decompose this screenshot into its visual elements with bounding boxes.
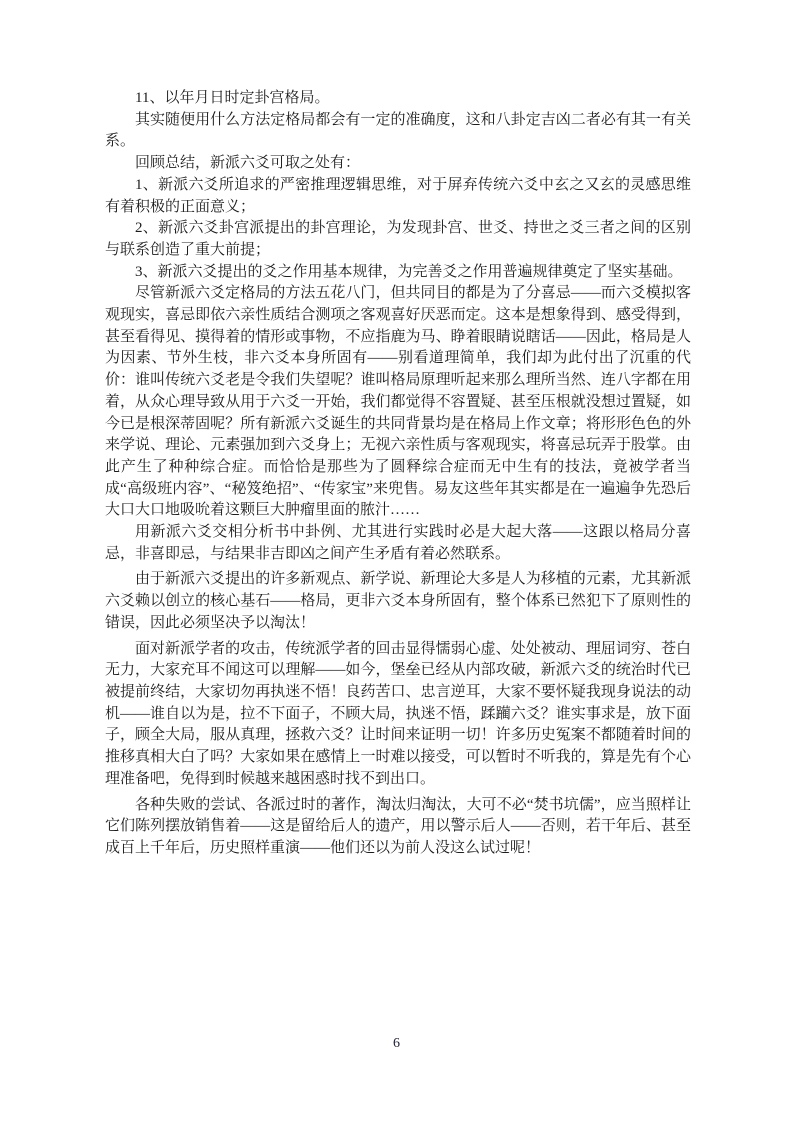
text-content: 11、以年月日时定卦宫格局。 其实随便用什么方法定格局都会有一定的准确度，这和八…: [105, 88, 691, 860]
paragraph: 回顾总结，新派六爻可取之处有：: [105, 153, 691, 175]
paragraph: 各种失败的尝试、各派过时的著作，淘汰归淘汰，大可不必“焚书坑儒”，应当照样让它们…: [105, 795, 691, 860]
paragraph: 由于新派六爻提出的许多新观点、新学说、新理论大多是人为移植的元素，尤其新派六爻赖…: [105, 569, 691, 634]
paragraph: 3、新派六爻提出的爻之作用基本规律，为完善爻之作用普遍规律奠定了坚实基础。: [105, 262, 691, 284]
document-page: 11、以年月日时定卦宫格局。 其实随便用什么方法定格局都会有一定的准确度，这和八…: [0, 0, 793, 1122]
page-number: 6: [0, 1036, 793, 1052]
paragraph: 用新派六爻交相分析书中卦例、尤其进行实践时必是大起大落——这跟以格局分喜忌，非喜…: [105, 522, 691, 565]
paragraph: 尽管新派六爻定格局的方法五花八门，但共同目的都是为了分喜忌——而六爻模拟客观现实…: [105, 283, 691, 522]
paragraph: 2、新派六爻卦宫派提出的卦宫理论，为发现卦宫、世爻、持世之爻三者之间的区别与联系…: [105, 218, 691, 261]
paragraph: 其实随便用什么方法定格局都会有一定的准确度，这和八卦定吉凶二者必有其一有关系。: [105, 110, 691, 153]
paragraph: 面对新派学者的攻击，传统派学者的回击显得懦弱心虚、处处被动、理屈词穷、苍白无力，…: [105, 639, 691, 791]
paragraph: 1、新派六爻所追求的严密推理逻辑思维，对于屏弃传统六爻中玄之又玄的灵感思维有着积…: [105, 175, 691, 218]
paragraph: 11、以年月日时定卦宫格局。: [105, 88, 691, 110]
